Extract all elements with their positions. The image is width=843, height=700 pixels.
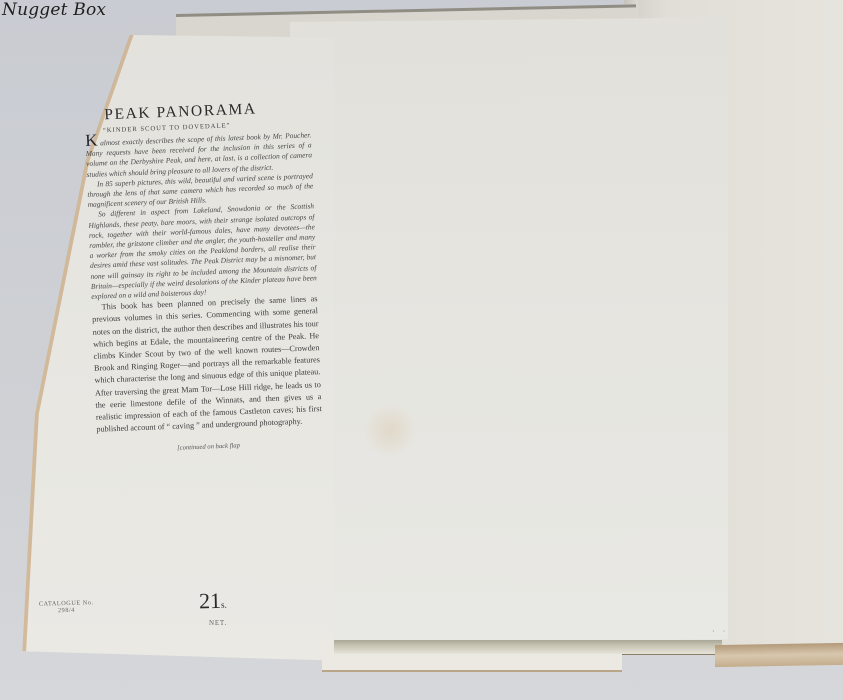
board-bottom-edge [322, 640, 722, 655]
flap-footer: CATALOGUE No. 298/4 21s. NET. [16, 35, 332, 667]
paper-stain [360, 405, 420, 455]
jacket-inner-cover [290, 17, 728, 644]
jacket-bottom-fold [322, 654, 622, 672]
catalogue-info: CATALOGUE No. 298/4 [39, 599, 94, 614]
page-marks: ·· [712, 627, 733, 636]
price-value: 21 [199, 588, 222, 614]
spine-edge [715, 643, 843, 667]
front-flap: PEAK PANORAMA “KINDER SCOUT TO DOVEDALE”… [16, 35, 332, 667]
price-net: NET. [209, 619, 227, 627]
price: 21s. [199, 588, 227, 615]
watermark-label: Nugget Box [2, 0, 106, 20]
catalogue-number: 298/4 [39, 606, 94, 614]
price-unit: s. [221, 600, 227, 610]
